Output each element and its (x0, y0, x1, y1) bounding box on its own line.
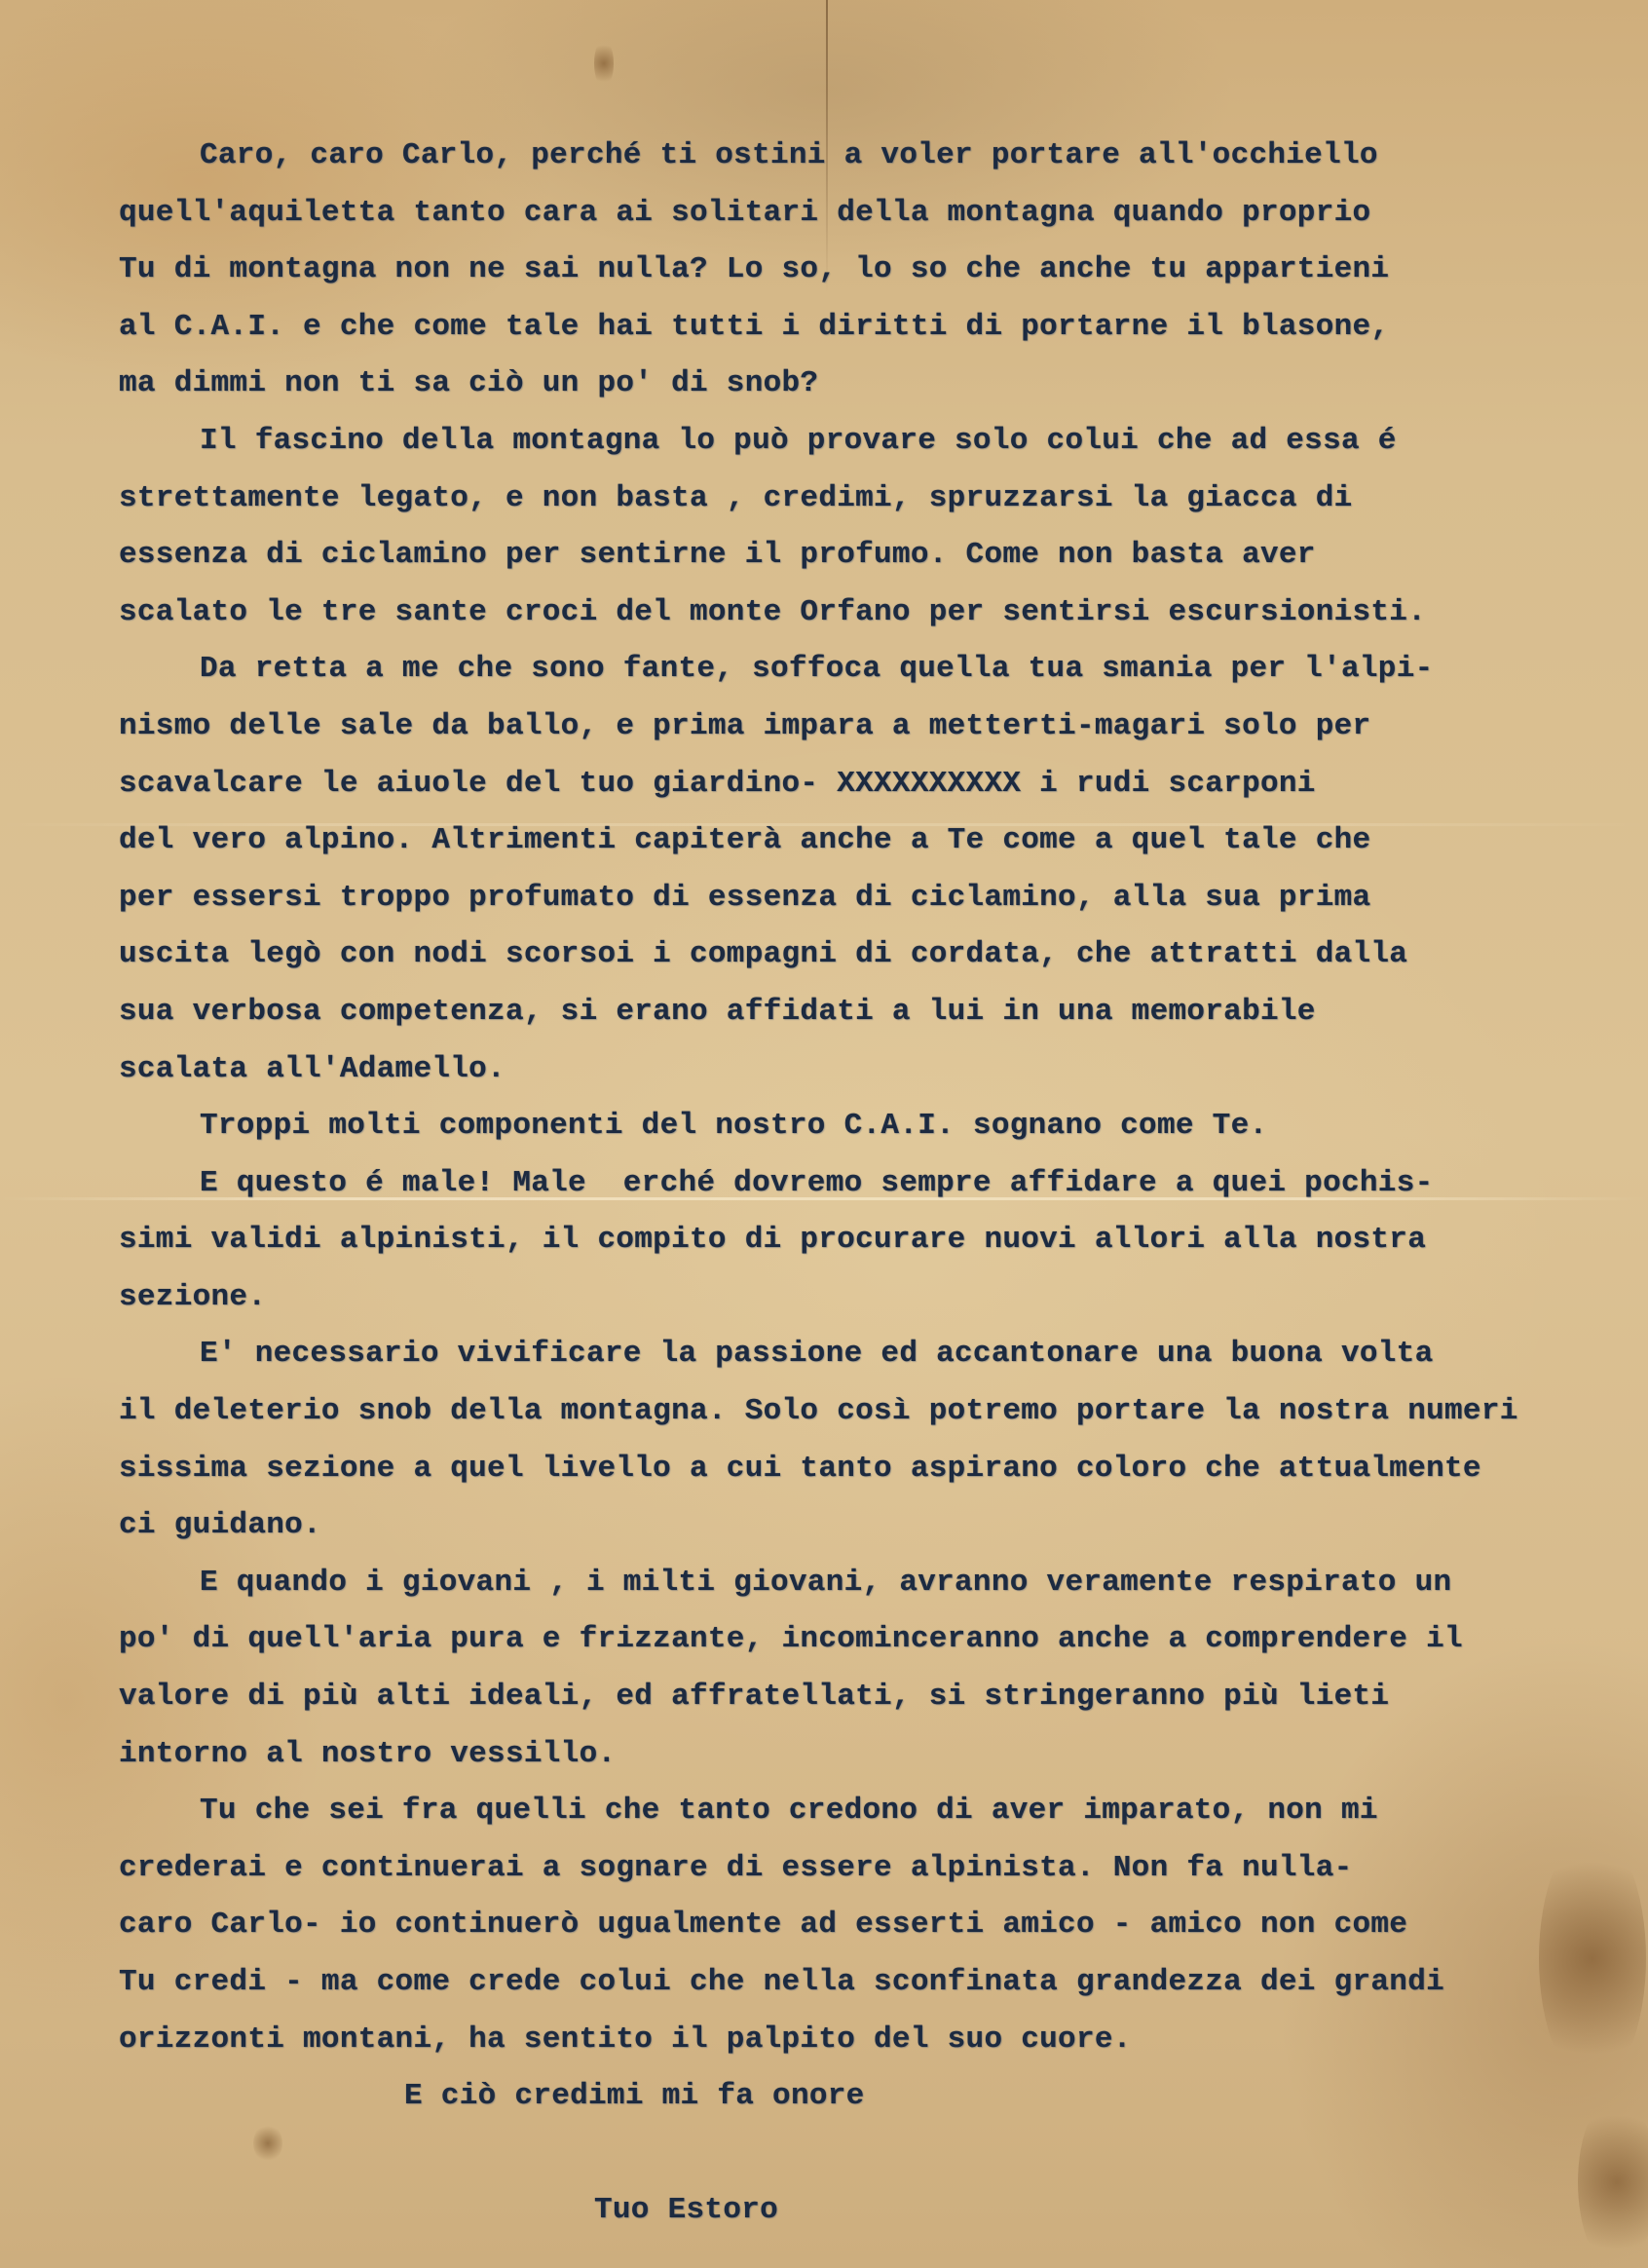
text-line: quell'aquiletta tanto cara ai solitari d… (119, 185, 1638, 243)
text-line: essenza di ciclamino per sentirne il pro… (119, 527, 1638, 585)
text-line: scalato le tre sante croci del monte Orf… (119, 585, 1638, 642)
text-line: Troppi molti componenti del nostro C.A.I… (119, 1098, 1638, 1155)
closing-line: E ciò credimi mi fa onore (119, 2068, 1638, 2126)
text-line: del vero alpino. Altrimenti capiterà anc… (119, 813, 1638, 870)
text-line-with-strikeout: scavalcare le aiuole del tuo giardino- X… (119, 756, 1638, 813)
text-line: Il fascino della montagna lo può provare… (119, 413, 1638, 471)
text-line: uscita legò con nodi scorsoi i compagni … (119, 926, 1638, 984)
text-line: E quando i giovani , i milti giovani, av… (119, 1555, 1638, 1612)
text-line: simi validi alpinisti, il compito di pro… (119, 1212, 1638, 1269)
text-line: Tu di montagna non ne sai nulla? Lo so, … (119, 242, 1638, 299)
text-line: E questo é male! Male erché dovremo semp… (119, 1155, 1638, 1213)
text-line: al C.A.I. e che come tale hai tutti i di… (119, 299, 1638, 357)
text-line: sua verbosa competenza, si erano affidat… (119, 984, 1638, 1041)
text-line: strettamente legato, e non basta , credi… (119, 471, 1638, 528)
text-line: ma dimmi non ti sa ciò un po' di snob? (119, 356, 1638, 413)
text-line: sezione. (119, 1269, 1638, 1327)
text-line: crederai e continuerai a sognare di esse… (119, 1840, 1638, 1898)
text-line: per essersi troppo profumato di essenza … (119, 870, 1638, 927)
text-line: caro Carlo- io continuerò ugualmente ad … (119, 1897, 1638, 1954)
text-line: Da retta a me che sono fante, soffoca qu… (119, 641, 1638, 699)
letter-body: Caro, caro Carlo, perché ti ostini a vol… (119, 128, 1638, 2240)
signature: Tuo Estoro (119, 2182, 1638, 2240)
text-line: sissima sezione a quel livello a cui tan… (119, 1441, 1638, 1498)
text-line: il deleterio snob della montagna. Solo c… (119, 1383, 1638, 1441)
text-line: po' di quell'aria pura e frizzante, inco… (119, 1611, 1638, 1669)
text-line: nismo delle sale da ballo, e prima impar… (119, 699, 1638, 756)
text-line: Tu credi - ma come crede colui che nella… (119, 1954, 1638, 2012)
text-line: ci guidano. (119, 1497, 1638, 1555)
text-line: intorno al nostro vessillo. (119, 1726, 1638, 1784)
text-line: valore di più alti ideali, ed affratella… (119, 1669, 1638, 1726)
text-line: scalata all'Adamello. (119, 1041, 1638, 1099)
stain-mark (594, 39, 614, 88)
text-line: Tu che sei fra quelli che tanto credono … (119, 1783, 1638, 1840)
text-line: E' necessario vivificare la passione ed … (119, 1326, 1638, 1383)
text-line: Caro, caro Carlo, perché ti ostini a vol… (119, 128, 1638, 185)
text-line: orizzonti montani, ha sentito il palpito… (119, 2012, 1638, 2069)
